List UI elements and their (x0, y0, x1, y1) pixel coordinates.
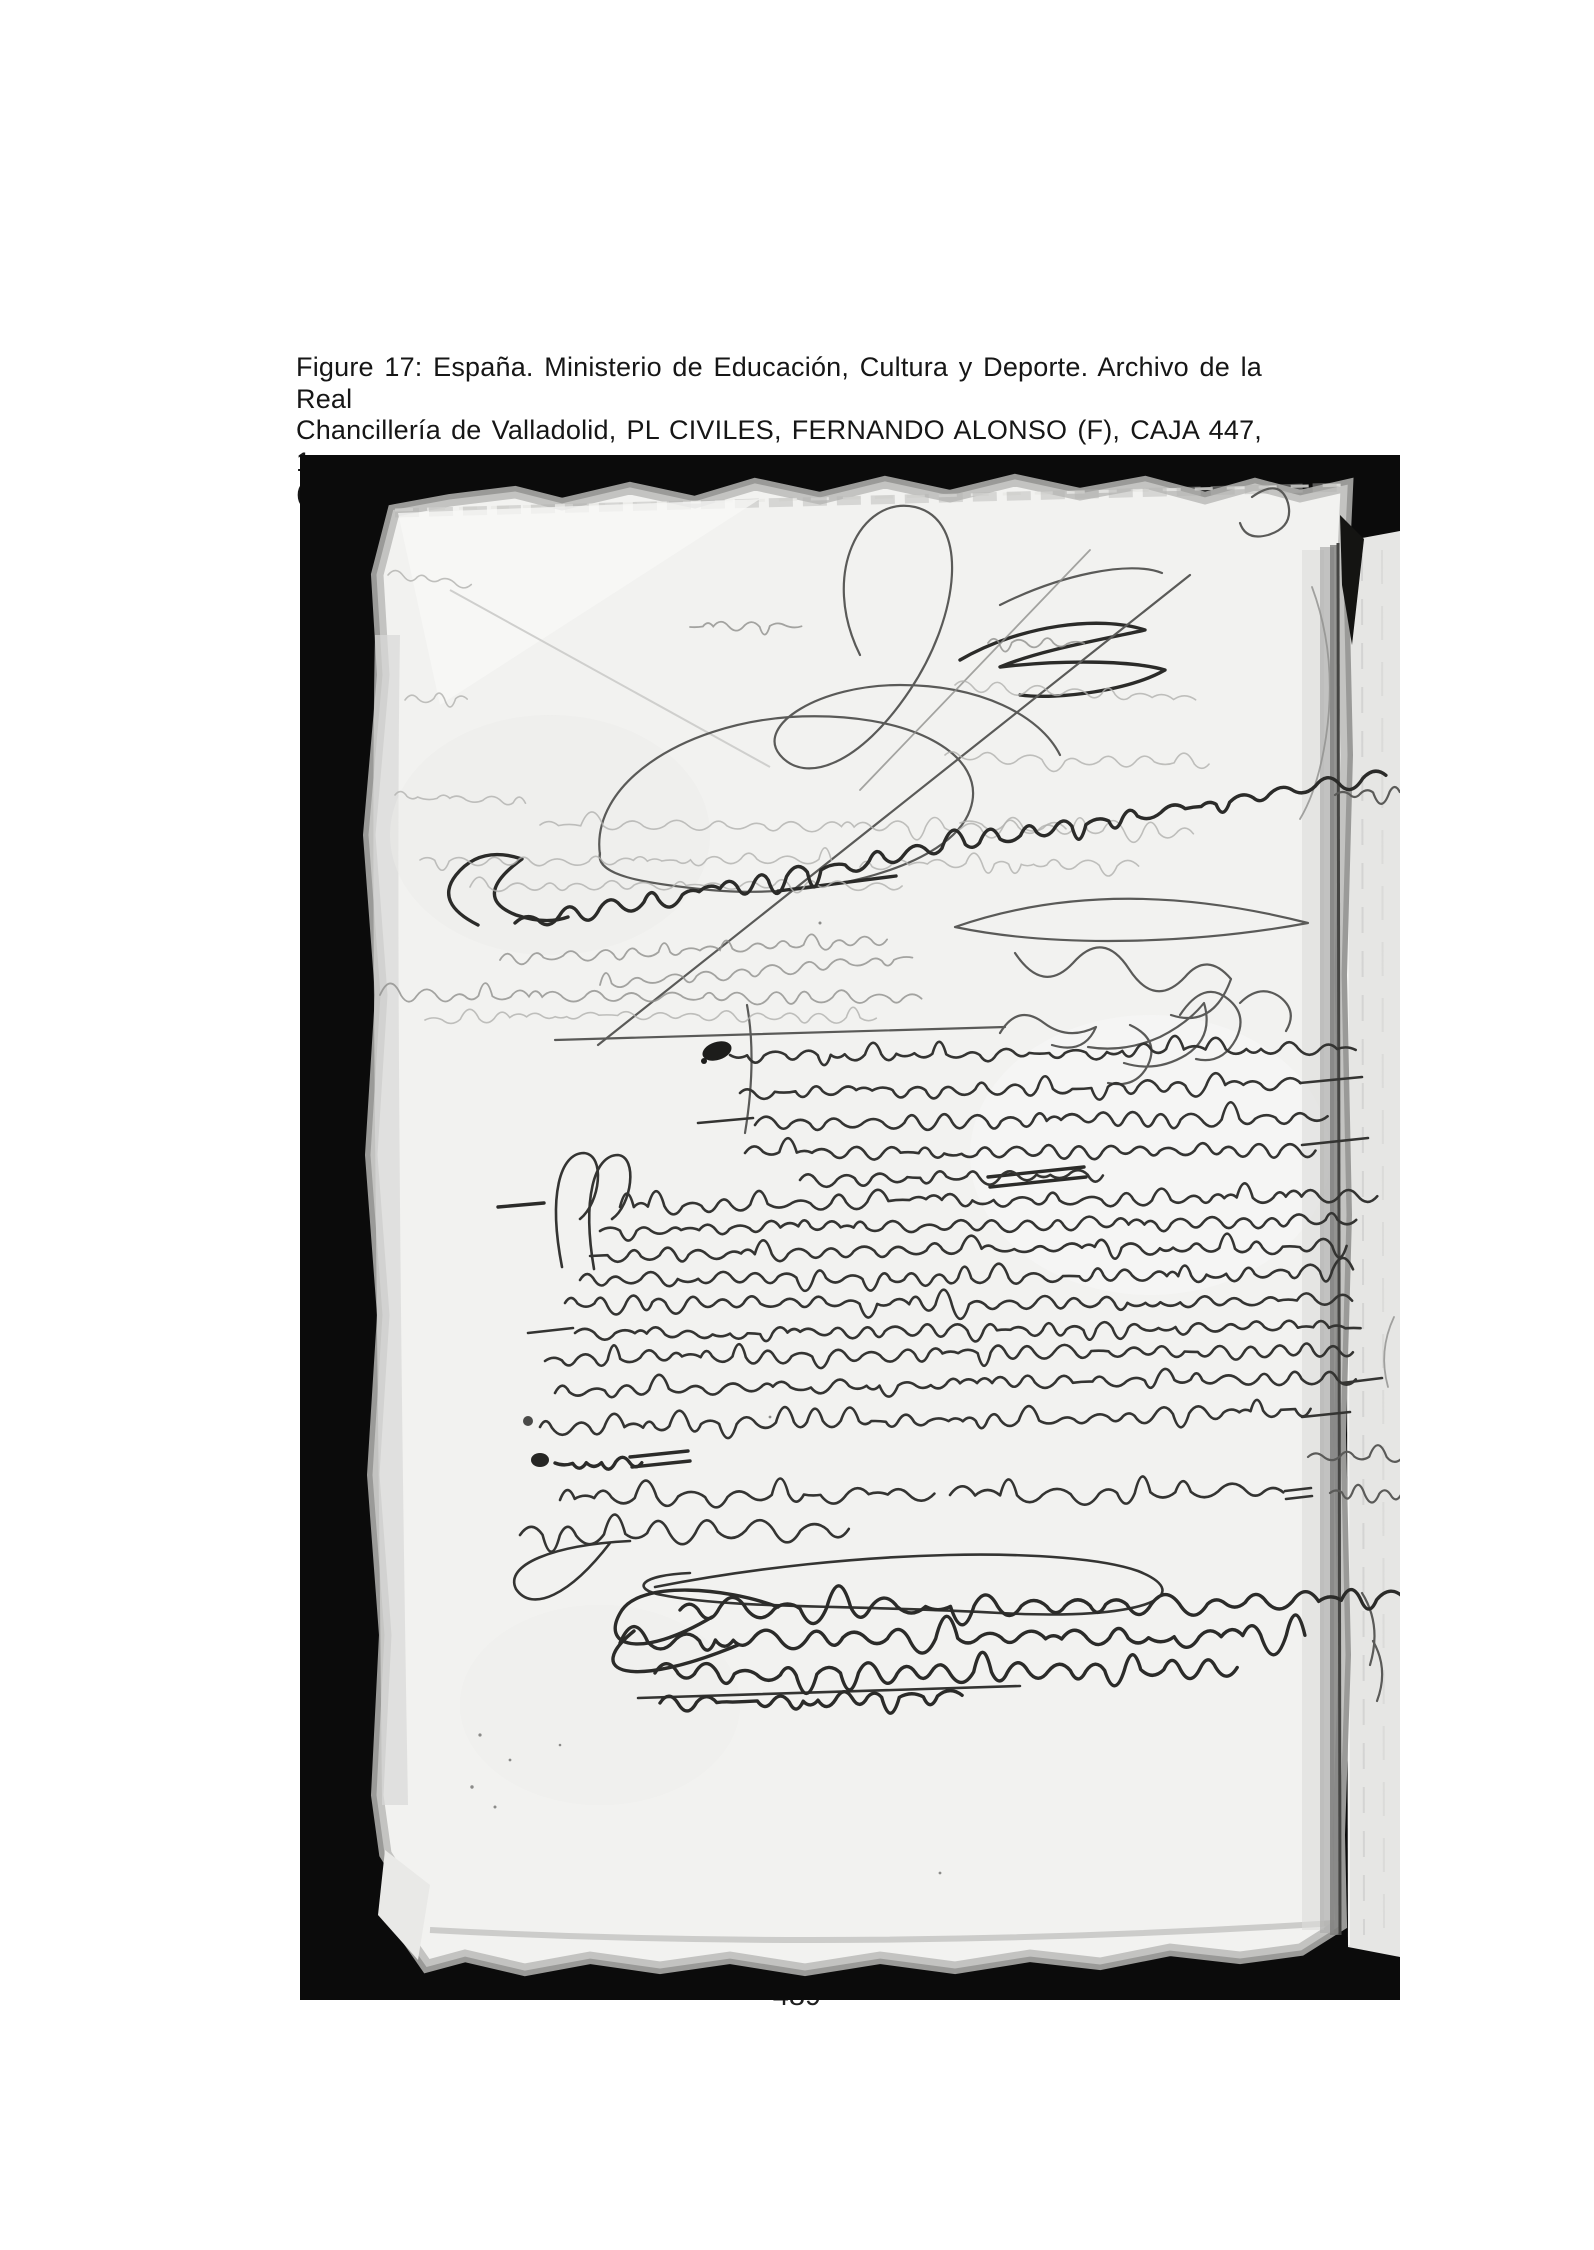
figure-image-manuscript-scan (300, 455, 1400, 2000)
paper-sheet (372, 483, 1364, 1967)
figure-caption-line-1: Figure 17: España. Ministerio de Educaci… (296, 352, 1262, 415)
manuscript-scan-image (300, 455, 1400, 2000)
facing-page-edge (1346, 531, 1400, 1957)
document-page: { "caption": { "line1": "Figure 17: Espa… (0, 0, 1594, 2250)
